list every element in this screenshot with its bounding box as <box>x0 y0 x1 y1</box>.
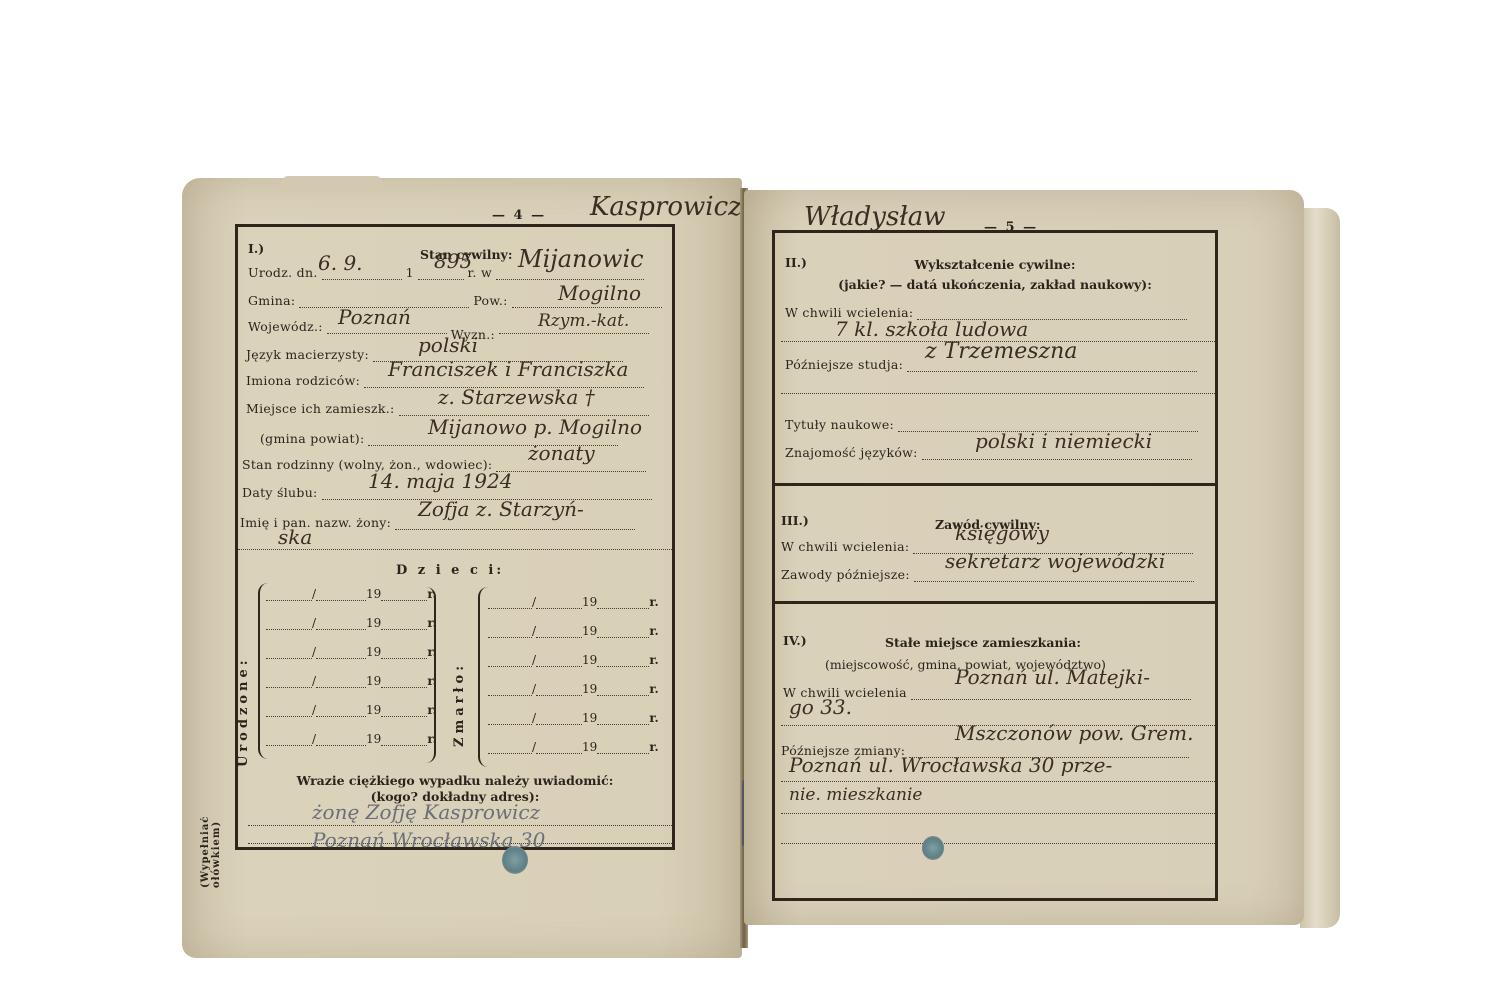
later-studies-value: z Trzemeszna <box>925 339 1077 364</box>
wyznanie-value: Rzym.-kat. <box>538 311 629 331</box>
first-name-handwriting: Władysław <box>804 202 946 232</box>
birth-year-value: 895 <box>434 249 472 273</box>
born-row: /19r. <box>266 703 437 717</box>
born-row: /19r. <box>266 616 437 630</box>
education-title: Wykształcenie cywilne: <box>775 257 1215 272</box>
wojewodztwo-value: Poznań <box>338 305 411 329</box>
torn-tab <box>282 176 382 192</box>
section-frame-right: II.) Wykształcenie cywilne: (jakie? — da… <box>772 230 1218 901</box>
children-title: D z i e c i: <box>396 563 504 578</box>
powiat-value: Mogilno <box>558 281 641 305</box>
died-row: /19r. <box>488 653 659 667</box>
residence-at-enlistment-value: Poznań ul. Matejki- <box>955 665 1150 689</box>
died-row: /19r. <box>488 595 659 609</box>
open-booklet: — 4 — Kasprowicz I.) Stan cywilny: Urodz… <box>182 168 1342 958</box>
language-value: polski <box>418 333 478 357</box>
born-row: /19r. <box>266 645 437 659</box>
parents-residence-value: z. Starzewska † <box>438 385 595 409</box>
later-professions-value: sekretarz wojewódzki <box>945 549 1165 573</box>
died-label: Zmarło: <box>452 617 467 747</box>
birth-place-value: Mijanowic <box>518 245 644 273</box>
born-label: Urodzone: <box>236 617 251 767</box>
page-number-left: — 4 — <box>492 208 546 223</box>
education-subtitle: (jakie? — datá ukończenia, zakład naukow… <box>775 277 1215 292</box>
birth-date-value: 6. 9. <box>318 251 363 275</box>
born-row: /19r. <box>266 587 437 601</box>
parents-value: Franciszek i Franciszka <box>388 357 628 381</box>
left-page: — 4 — Kasprowicz I.) Stan cywilny: Urodz… <box>182 178 742 958</box>
born-row: /19r. <box>266 732 437 746</box>
wedding-date-value: 14. maja 1924 <box>368 469 512 493</box>
residence-at-enlistment-value-cont: go 33. <box>789 695 852 719</box>
punch-hole <box>922 836 944 860</box>
family-status-value: żonaty <box>528 441 595 465</box>
languages-value: polski i niemiecki <box>975 429 1152 453</box>
section-civil-status-frame: I.) Stan cywilny: Urodz. dn. 1 r. w 6. 9… <box>235 224 675 850</box>
died-row: /19r. <box>488 682 659 696</box>
died-row: /19r. <box>488 711 659 725</box>
residence-change-2: Poznań ul. Wrocławska 30 prze- <box>789 753 1112 777</box>
emergency-contact-line1: żonę Zofję Kasprowicz <box>312 800 540 824</box>
born-row: /19r. <box>266 674 437 688</box>
wife-name-value: Zofja z. Starzyń- <box>418 497 584 521</box>
surname-handwriting: Kasprowicz <box>590 192 742 222</box>
died-row: /19r. <box>488 624 659 638</box>
children-section: D z i e c i: Urodzone: Zmarło: /19r. /19… <box>238 557 672 767</box>
pencil-note: (Wypełniać ołówkiem) <box>200 798 222 888</box>
died-row: /19r. <box>488 740 659 754</box>
section-number: I.) <box>248 241 264 256</box>
profession-at-enlistment-value: księgowy <box>955 521 1049 545</box>
residence-change-3: nie. mieszkanie <box>789 785 922 805</box>
emergency-title: Wrazie ciężkiego wypadku należy uwiadomi… <box>238 773 672 788</box>
gmina-powiat-value: Mijanowo p. Mogilno <box>428 415 642 439</box>
residence-title: Stałe miejsce zamieszkania: <box>885 635 1215 650</box>
page-edges <box>1300 208 1340 928</box>
right-page: Władysław — 5 — II.) Wykształcenie cywil… <box>744 190 1304 925</box>
wife-name-value-cont: ska <box>278 525 312 549</box>
education-at-enlistment-value: 7 kl. szkoła ludowa <box>835 317 1028 341</box>
punch-hole <box>502 846 528 874</box>
residence-change-1: Mszczonów pow. Grem. <box>955 721 1193 745</box>
